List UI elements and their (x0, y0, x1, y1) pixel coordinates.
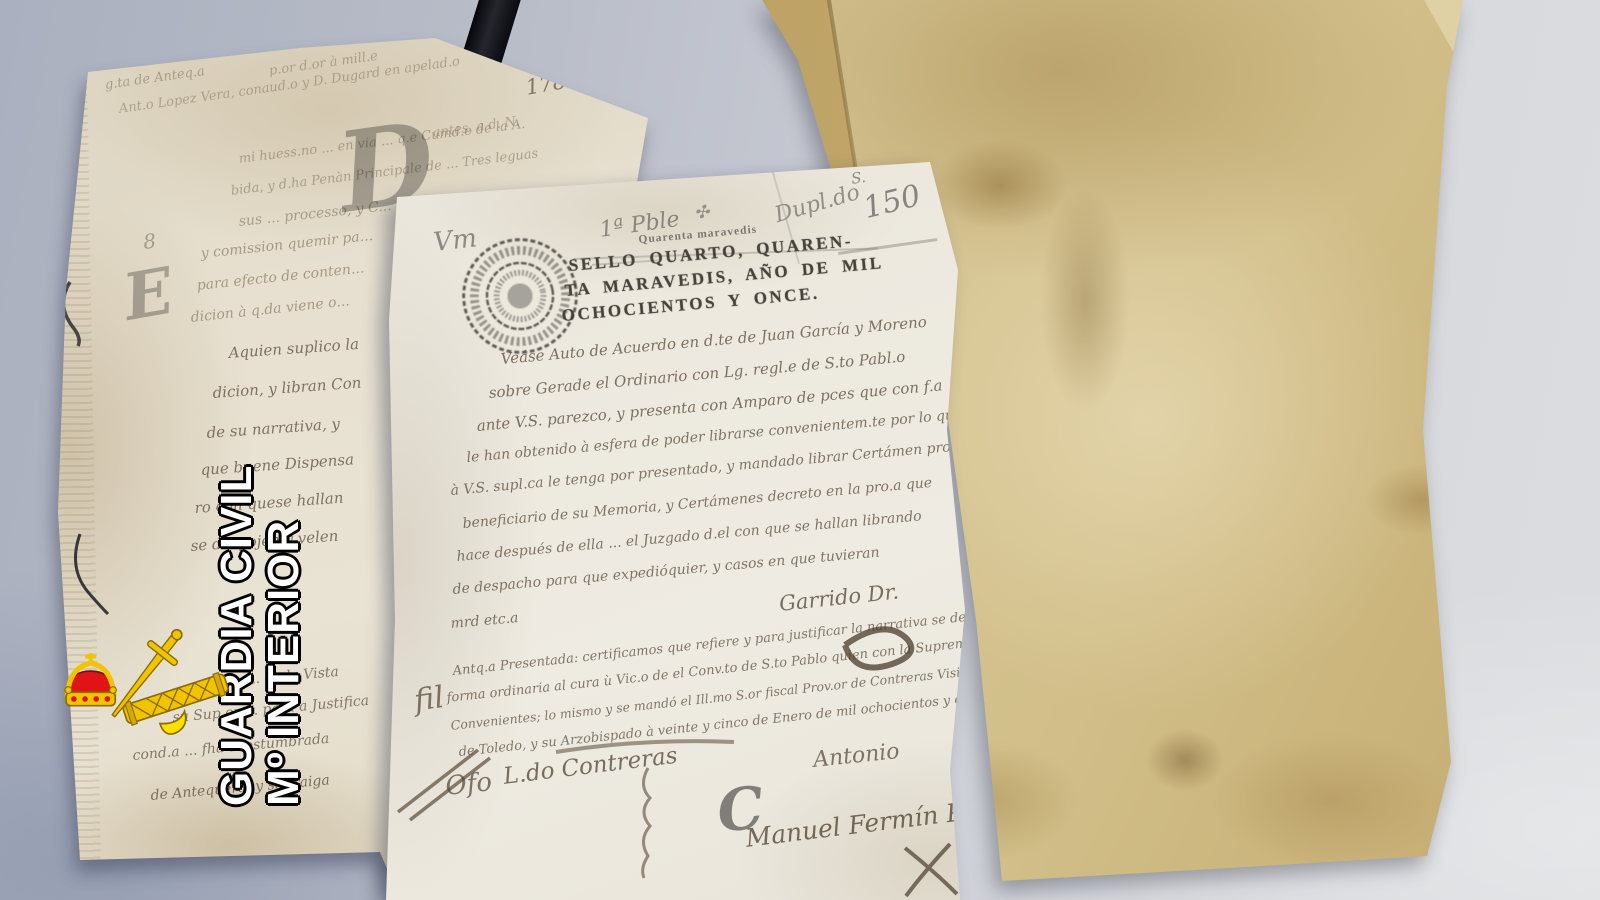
photo-scene: g.ta de Anteq.ap.or d.or à mill.e1788Ant… (0, 0, 1600, 900)
signature-manuel-fermin-perez: Manuel Fermín Pérez (744, 791, 1018, 853)
guardia-civil-emblem (56, 608, 246, 743)
crown-icon (65, 653, 116, 706)
watermark-line-ministerio-interior: Mº INTERIOR (260, 465, 307, 806)
sword-and-fasces-icon (99, 620, 229, 734)
signature-garrido: Garrido Dr. (778, 579, 900, 615)
signature-contreras: L.do Contreras (502, 743, 679, 790)
margin-mark-fil: fil (412, 680, 446, 719)
signature-antonio: Antonio (812, 739, 901, 773)
signature-ofo: Ofo (444, 767, 493, 802)
